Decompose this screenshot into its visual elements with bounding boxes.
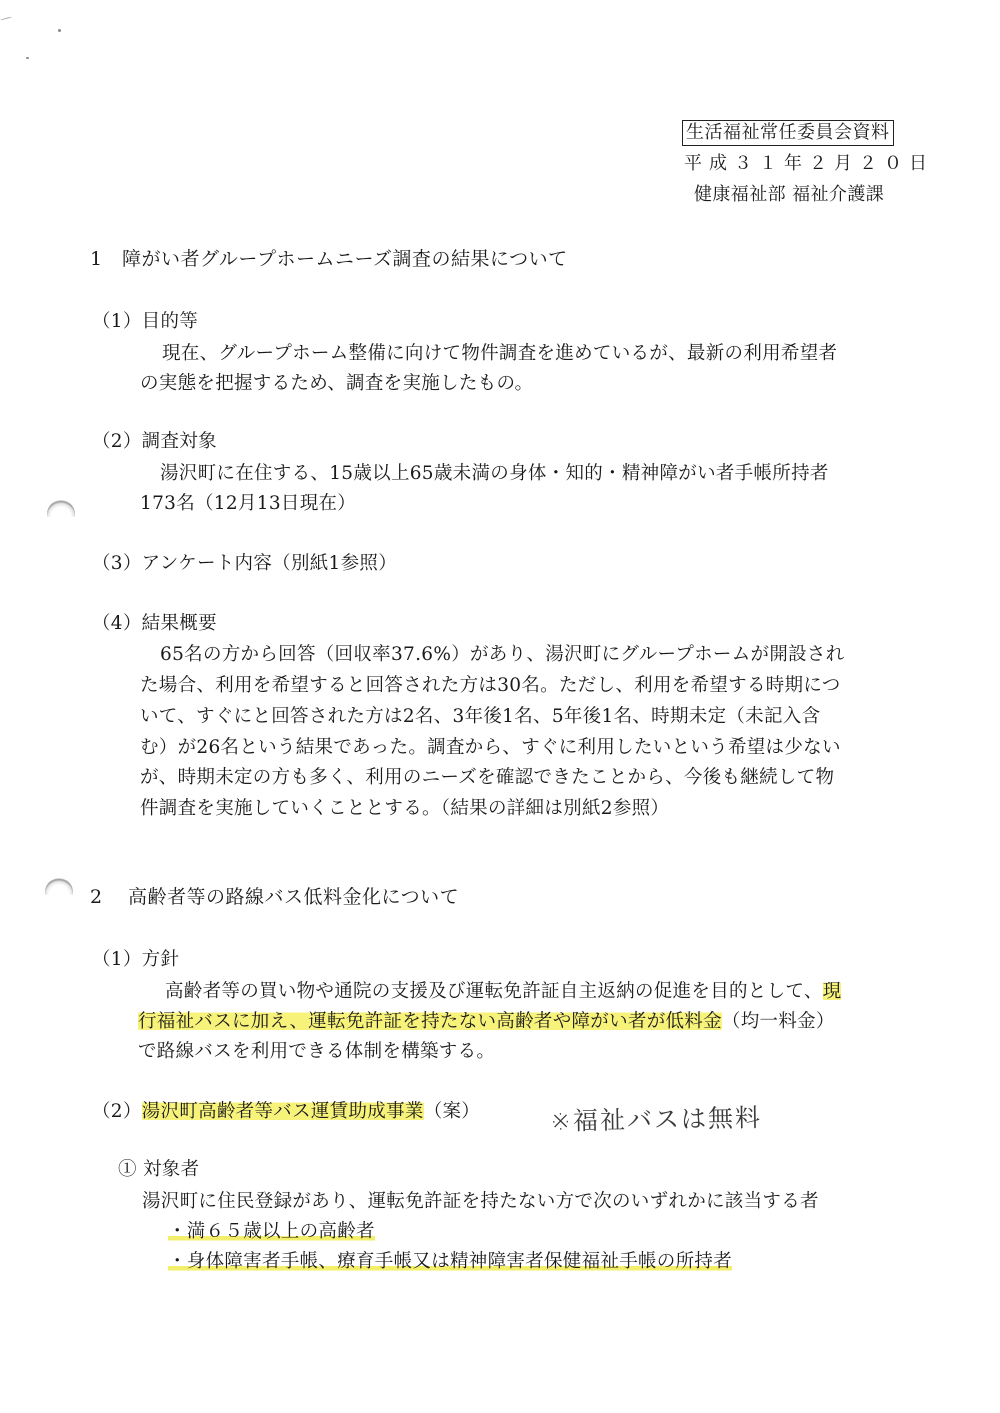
paragraph-line: 高齢者等の買い物や通院の支援及び運転免許証自主返納の促進を目的として、現 — [165, 980, 841, 1004]
section-number: 2 — [90, 884, 128, 910]
paragraph-line: が、時期未定の方も多く、利用のニーズを確認できたことから、今後も継続して物 — [140, 766, 834, 790]
section-number: 1 — [90, 246, 122, 272]
subsection-label: （2）調査対象 — [92, 430, 217, 454]
paragraph-line: 湯沢町に住民登録があり、運転免許証を持たない方で次のいずれかに該当する者 — [142, 1190, 819, 1214]
highlighted-text: 現 — [823, 981, 842, 1002]
document-date: 平成３１年２月２０日 — [684, 152, 934, 176]
paragraph-line: で路線バスを利用できる体制を構築する。 — [138, 1040, 495, 1064]
text-plain: 高齢者等の買い物や通院の支援及び運転免許証自主返納の促進を目的として、 — [165, 981, 823, 1002]
subsection-label: （4）結果概要 — [92, 612, 217, 636]
section-2-heading: 2高齢者等の路線バス低料金化について — [90, 884, 459, 910]
punch-hole-mark — [45, 878, 73, 906]
highlighted-text: 湯沢町高齢者等バス運賃助成事業 — [142, 1101, 424, 1122]
paragraph-line: 件調査を実施していくこととする。（結果の詳細は別紙2参照） — [140, 797, 669, 821]
section-title: 障がい者グループホームニーズ調査の結果について — [122, 248, 568, 270]
subsection-label: （2）湯沢町高齢者等バス運賃助成事業（案） — [92, 1100, 480, 1124]
paragraph-line: の実態を把握するため、調査を実施したもの。 — [140, 372, 533, 396]
paragraph-line: 行福祉バスに加え、運転免許証を持たない高齢者や障がい者が低料金（均一料金） — [138, 1010, 835, 1034]
scan-speck — [26, 57, 29, 59]
highlighted-text: 行福祉バスに加え、運転免許証を持たない高齢者や障がい者が低料金 — [138, 1011, 722, 1032]
subsection-label: （3）アンケート内容（別紙1参照） — [92, 552, 397, 576]
paragraph-line: 65名の方から回答（回収率37.6%）があり、湯沢町にグループホームが開設され — [160, 643, 845, 667]
punch-hole-mark — [47, 500, 75, 528]
underlined-text: ・満６５歳以上の高齢者 — [168, 1221, 375, 1242]
subsection-label: （1）目的等 — [92, 310, 198, 334]
bullet-item: ・満６５歳以上の高齢者 — [168, 1220, 375, 1244]
paragraph-line: 現在、グループホーム整備に向けて物件調査を進めているが、最新の利用希望者 — [162, 342, 837, 366]
subsection-label: ① 対象者 — [118, 1158, 199, 1182]
document-department: 健康福祉部 福祉介護課 — [694, 183, 884, 207]
paragraph-line: た場合、利用を希望すると回答された方は30名。ただし、利用を希望する時期につ — [140, 674, 841, 698]
text-plain: （均一料金） — [722, 1011, 835, 1032]
handwritten-note: ※福祉バスは無料 — [550, 1098, 763, 1138]
paragraph-line: 173名（12月13日現在） — [140, 492, 356, 516]
underlined-text: ・身体障害者手帳、療育手帳又は精神障害者保健福祉手帳の所持者 — [168, 1251, 732, 1272]
label-suffix: （案） — [424, 1101, 480, 1122]
paragraph-line: む）が26名という結果であった。調査から、すぐに利用したいという希望は少ない — [140, 736, 841, 760]
subsection-label: （1）方針 — [92, 948, 179, 972]
section-title: 高齢者等の路線バス低料金化について — [128, 886, 459, 908]
label-prefix: （2） — [92, 1101, 142, 1122]
document-category-box: 生活福祉常任委員会資料 — [682, 120, 894, 146]
paragraph-line: 湯沢町に在住する、15歳以上65歳未満の身体・知的・精神障がい者手帳所持者 — [160, 462, 829, 486]
scan-speck — [58, 29, 61, 32]
bullet-item: ・身体障害者手帳、療育手帳又は精神障害者保健福祉手帳の所持者 — [168, 1250, 732, 1274]
scan-speck — [0, 16, 12, 20]
paragraph-line: いて、すぐにと回答された方は2名、3年後1名、5年後1名、時期未定（未記入含 — [140, 705, 820, 729]
section-1-heading: 1障がい者グループホームニーズ調査の結果について — [90, 246, 568, 272]
